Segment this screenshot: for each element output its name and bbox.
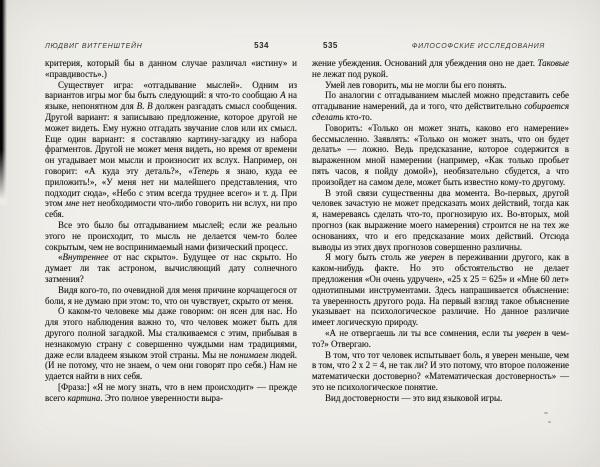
text-run: Вид достоверности — это вид языковой игр… bbox=[325, 393, 502, 403]
text-run: Все это было бы отгадыванием мыслей; есл… bbox=[45, 220, 297, 252]
text-run-italic: картина bbox=[68, 393, 101, 403]
right-page-text: жение убеждения. Оснований для убеждения… bbox=[312, 58, 569, 404]
paragraph: В том, что тот человек испытывает боль, … bbox=[312, 350, 569, 393]
text-run-italic: уверен bbox=[420, 252, 445, 262]
paragraph: Я могу быть столь же уверен в переживани… bbox=[312, 252, 569, 328]
right-running-title: ФИЛОСОФСКИЕ ИССЛЕДОВАНИЯ bbox=[412, 42, 545, 51]
paragraph: Существует игра: «отгадывание мыслей». О… bbox=[45, 80, 297, 220]
right-page-header: 535 ФИЛОСОФСКИЕ ИССЛЕДОВАНИЯ bbox=[312, 41, 569, 51]
paragraph: «А не отвергаешь ли ты все сомнения, есл… bbox=[312, 328, 569, 350]
scan-edge-shadow bbox=[0, 0, 7, 205]
paragraph: Вид достоверности — это вид языковой игр… bbox=[312, 393, 569, 404]
text-run: «А не отвергаешь ли ты все сомнения, есл… bbox=[325, 328, 516, 338]
text-run-italic: Таковые bbox=[537, 58, 569, 68]
text-run-italic: Внутреннее bbox=[63, 252, 109, 262]
text-run: в переживании другого, как в каком-нибуд… bbox=[312, 252, 569, 327]
paragraph: критерия, который бы в данном случае раз… bbox=[45, 58, 297, 80]
text-run: критерия, который бы в данном случае раз… bbox=[45, 58, 297, 79]
text-run: нет необходимости что-либо говорить ни в… bbox=[45, 198, 297, 219]
scan-smudge bbox=[548, 421, 551, 423]
text-run: кто-то. bbox=[344, 112, 372, 122]
right-page: 535 ФИЛОСОФСКИЕ ИССЛЕДОВАНИЯ жение убежд… bbox=[312, 41, 569, 404]
paragraph: Умей лев говорить, мы не могли бы его по… bbox=[312, 80, 569, 91]
left-page-text: критерия, который бы в данном случае раз… bbox=[45, 58, 297, 404]
text-run: Я могу быть столь же bbox=[325, 252, 420, 262]
paragraph: В этой связи существенны два момента. Во… bbox=[312, 188, 569, 253]
text-run: Видя кого-то, по очевидной для меня прич… bbox=[45, 285, 297, 306]
right-page-number: 535 bbox=[323, 41, 338, 50]
text-run-italic: Теперь bbox=[193, 166, 219, 176]
left-page: ЛЮДВИГ ВИТГЕНШТЕЙН 534 критерия, который… bbox=[45, 41, 297, 404]
left-page-header: ЛЮДВИГ ВИТГЕНШТЕЙН 534 bbox=[45, 41, 297, 51]
book-scan: ЛЮДВИГ ВИТГЕНШТЕЙН 534 критерия, который… bbox=[0, 0, 600, 467]
text-run: В этой связи существенны два момента. Во… bbox=[312, 188, 569, 252]
left-running-title: ЛЮДВИГ ВИТГЕНШТЕЙН bbox=[45, 42, 142, 51]
paragraph: Видя кого-то, по очевидной для меня прич… bbox=[45, 285, 297, 307]
paragraph: По аналогии с отгадыванием мыслей можно … bbox=[312, 90, 569, 122]
text-run: . Это полное уверенности выра- bbox=[100, 393, 223, 403]
text-run: Существует игра: «отгадывание мыслей». О… bbox=[45, 80, 297, 101]
paragraph: [Фраза:] «Я не могу знать, что в нем про… bbox=[45, 382, 297, 404]
text-run: жение убеждения. Оснований для убеждения… bbox=[312, 58, 537, 68]
paragraph: О каком-то человеке мы даже говорим: он … bbox=[45, 306, 297, 382]
paragraph: Все это было бы отгадыванием мыслей; есл… bbox=[45, 220, 297, 252]
text-run: В том, что тот человек испытывает боль, … bbox=[312, 350, 569, 392]
left-page-number: 534 bbox=[254, 41, 269, 50]
text-run-italic: уверен bbox=[516, 328, 541, 338]
text-run: Говорить: «Только он может знать, каково… bbox=[312, 123, 569, 187]
scan-smudge bbox=[544, 412, 548, 414]
text-run: не лежат под рукой. bbox=[312, 69, 388, 79]
text-run: должен разгадать смысл сообщения. Другой… bbox=[45, 101, 297, 176]
paragraph: «Внутреннее от нас скрыто». Будущее от н… bbox=[45, 252, 297, 284]
text-run-italic: понимаем bbox=[230, 350, 268, 360]
paragraph: Говорить: «Только он может знать, каково… bbox=[312, 123, 569, 188]
paragraph: жение убеждения. Оснований для убеждения… bbox=[312, 58, 569, 80]
text-run: Умей лев говорить, мы не могли бы его по… bbox=[325, 80, 507, 90]
text-run-italic: мне bbox=[65, 198, 79, 208]
